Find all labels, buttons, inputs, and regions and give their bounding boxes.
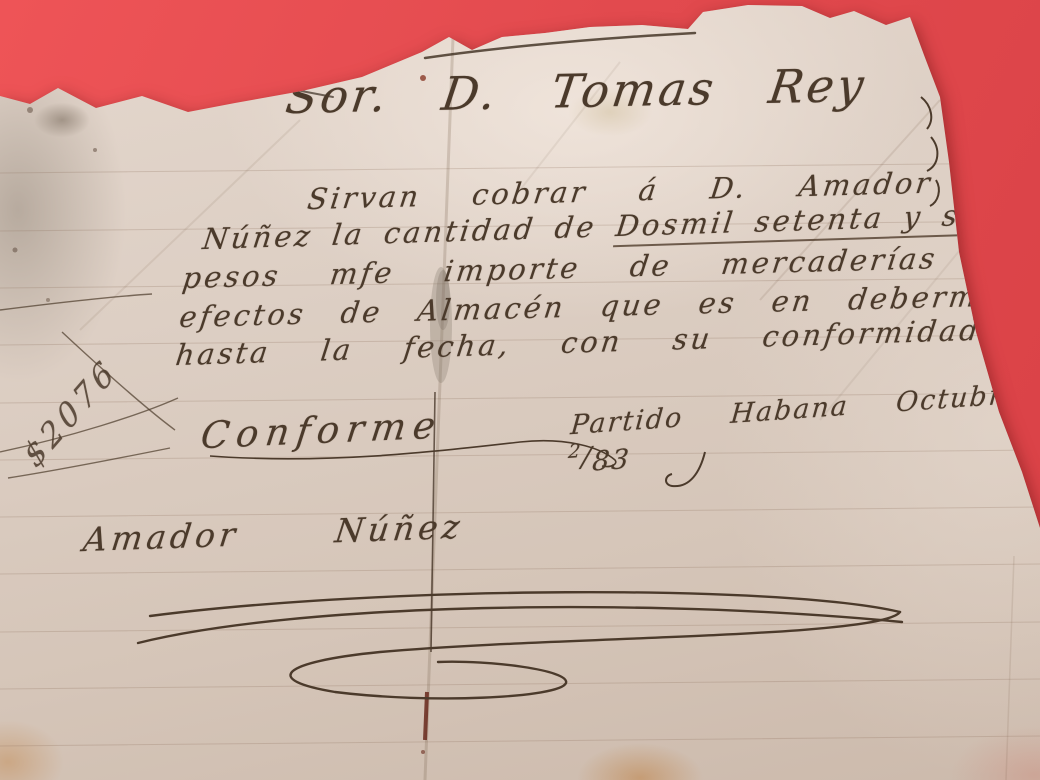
body-line-2-prefix: Núñez la cantidad de (201, 210, 599, 257)
conforme-label: Conforme (198, 403, 445, 457)
signature-name: Amador Núñez (81, 507, 466, 559)
dateline-place-text: Partido Habana Octubre (569, 378, 1023, 441)
dateline: Partido Habana Octubre 2/83 (566, 378, 1023, 479)
margin-amount-note: $2076 (16, 350, 124, 475)
paper-wrap: Sor. D. Tomas Rey Sirvan cobrar á D. Ama… (0, 0, 1040, 780)
signature-rubric-flourish (138, 592, 902, 698)
document-paper: Sor. D. Tomas Rey Sirvan cobrar á D. Ama… (0, 0, 1040, 780)
photo-background: Sor. D. Tomas Rey Sirvan cobrar á D. Ama… (0, 0, 1040, 780)
date-year: 83 (591, 444, 632, 478)
document-heading: Sor. D. Tomas Rey (283, 58, 870, 124)
date-fraction: 2/83 (566, 439, 632, 475)
